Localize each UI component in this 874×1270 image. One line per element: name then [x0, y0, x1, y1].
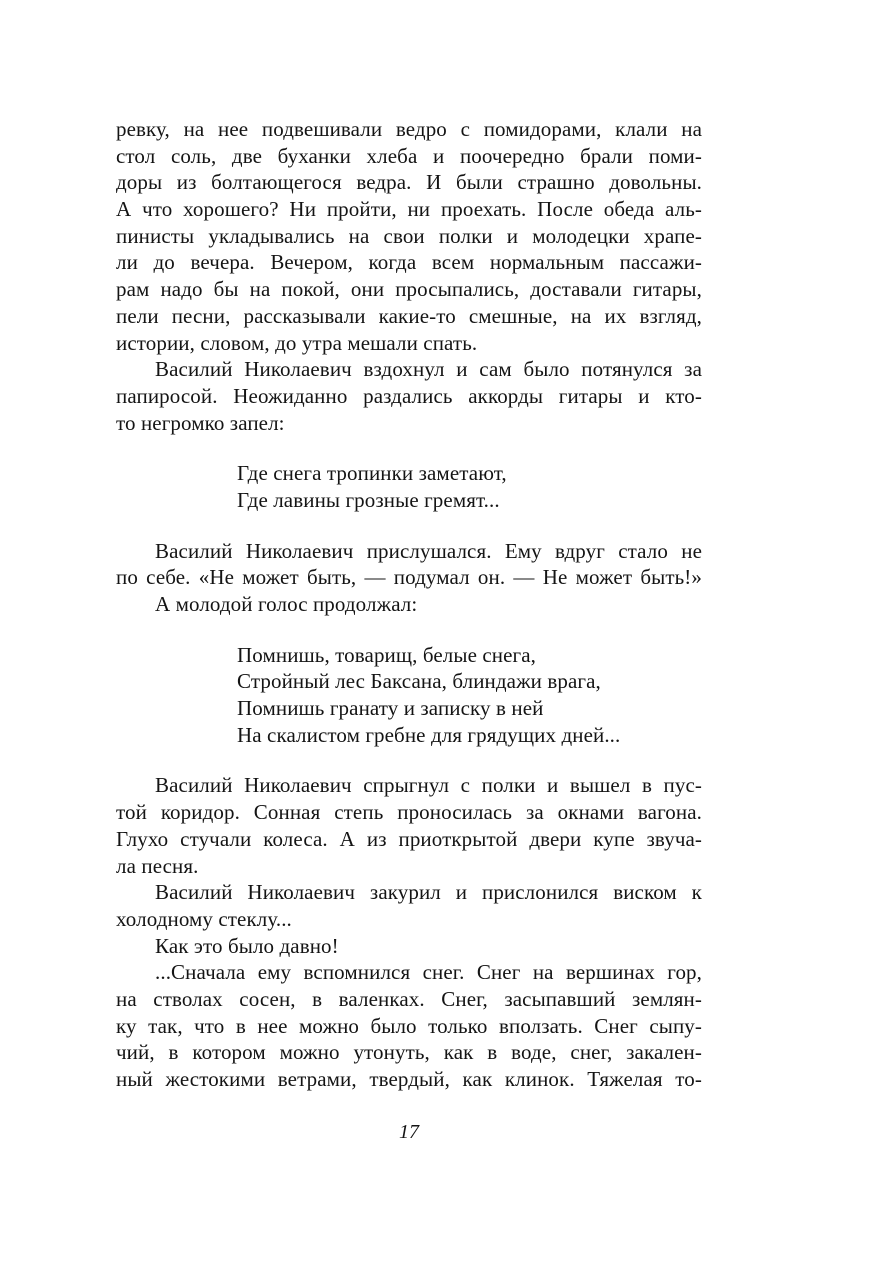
- text-line: Глухо стучали колеса. А из приоткрытой д…: [116, 826, 702, 853]
- text-line: рам надо бы на покой, они просыпались, д…: [116, 276, 702, 303]
- text-line: папиросой. Неожиданно раздались аккорды …: [116, 383, 702, 410]
- book-page: ревку, на нее подвешивали ведро с помидо…: [0, 0, 874, 1270]
- text-block: ревку, на нее подвешивали ведро с помидо…: [116, 116, 702, 1145]
- text-line: Василий Николаевич прислушался. Ему вдру…: [116, 538, 702, 565]
- text-line: Помнишь, товарищ, белые снега,: [237, 642, 702, 669]
- text-line: ...Сначала ему вспомнился снег. Снег на …: [116, 959, 702, 986]
- prose-block: Как это было давно!: [116, 933, 702, 960]
- text-line: Где лавины грозные гремят...: [237, 487, 702, 514]
- text-line: ли до вечера. Вечером, когда всем нормал…: [116, 249, 702, 276]
- prose-block: ...Сначала ему вспомнился снег. Снег на …: [116, 959, 702, 1092]
- text-line: ревку, на нее подвешивали ведро с помидо…: [116, 116, 702, 143]
- text-line: Помнишь гранату и записку в ней: [237, 695, 702, 722]
- prose-block: Василий Николаевич закурил и прислонился…: [116, 879, 702, 932]
- page-number: 17: [116, 1119, 702, 1145]
- text-line: стол соль, две буханки хлеба и поочередн…: [116, 143, 702, 170]
- text-line: Где снега тропинки заметают,: [237, 460, 702, 487]
- prose-block: Василий Николаевич вздохнул и сам было п…: [116, 356, 702, 436]
- text-line: по себе. «Не может быть, — подумал он. —…: [116, 564, 702, 591]
- text-line: пинисты укладывались на свои полки и мол…: [116, 223, 702, 250]
- text-line: На скалистом гребне для грядущих дней...: [237, 722, 702, 749]
- verse-block: Где снега тропинки заметают,Где лавины г…: [116, 460, 702, 513]
- text-line: ку так, что в нее можно было только впол…: [116, 1013, 702, 1040]
- text-line: ный жестокими ветрами, твердый, как клин…: [116, 1066, 702, 1093]
- prose-block: Василий Николаевич прислушался. Ему вдру…: [116, 538, 702, 591]
- text-line: той коридор. Сонная степь проносилась за…: [116, 799, 702, 826]
- text-line: то негромко запел:: [116, 410, 702, 437]
- prose-block: Василий Николаевич спрыгнул с полки и вы…: [116, 772, 702, 879]
- text-line: Стройный лес Баксана, блиндажи врага,: [237, 668, 702, 695]
- text-line: А молодой голос продолжал:: [116, 591, 702, 618]
- text-line: на стволах сосен, в валенках. Снег, засы…: [116, 986, 702, 1013]
- text-line: Василий Николаевич спрыгнул с полки и вы…: [116, 772, 702, 799]
- prose-block: ревку, на нее подвешивали ведро с помидо…: [116, 116, 702, 356]
- text-line: Как это было давно!: [116, 933, 702, 960]
- text-line: холодному стеклу...: [116, 906, 702, 933]
- text-line: доры из болтающегося ведра. И были страш…: [116, 169, 702, 196]
- verse-block: Помнишь, товарищ, белые снега,Стройный л…: [116, 642, 702, 749]
- text-line: пели песни, рассказывали какие-то смешны…: [116, 303, 702, 330]
- text-line: Василий Николаевич вздохнул и сам было п…: [116, 356, 702, 383]
- text-line: Василий Николаевич закурил и прислонился…: [116, 879, 702, 906]
- text-line: А что хорошего? Ни пройти, ни проехать. …: [116, 196, 702, 223]
- text-line: ла песня.: [116, 853, 702, 880]
- prose-block: А молодой голос продолжал:: [116, 591, 702, 618]
- text-line: чий, в котором можно утонуть, как в воде…: [116, 1039, 702, 1066]
- text-line: истории, словом, до утра мешали спать.: [116, 330, 702, 357]
